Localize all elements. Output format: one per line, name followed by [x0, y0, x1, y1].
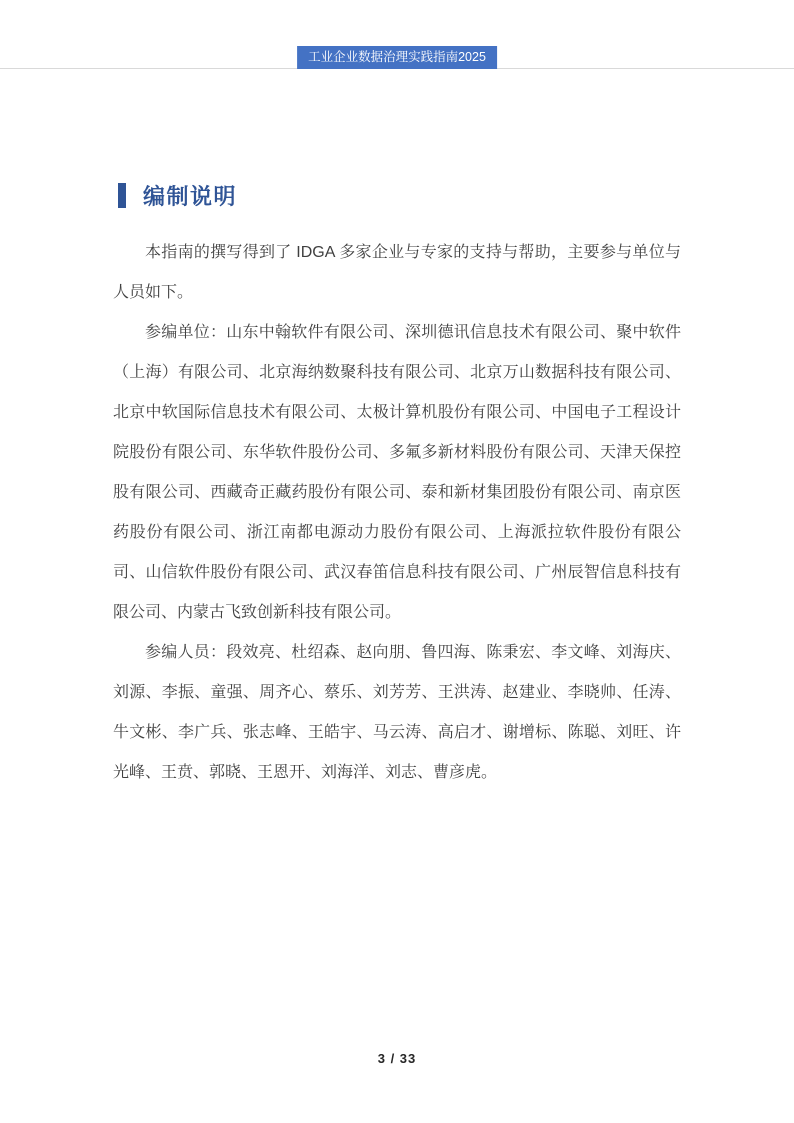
section-title: 编制说明 — [143, 180, 237, 211]
paragraph-participating-people: 参编人员：段效亮、杜绍森、赵向朋、鲁四海、陈秉宏、李文峰、刘海庆、刘源、李振、童… — [113, 633, 681, 793]
header-title-badge: 工业企业数据治理实践指南2025 — [297, 46, 497, 69]
page-number-indicator: 3 / 33 — [378, 1051, 417, 1066]
document-page: 工业企业数据治理实践指南2025 编制说明 本指南的撰写得到了 IDGA 多家企… — [0, 0, 794, 1123]
footer: 3 / 33 — [0, 1051, 794, 1066]
paragraph-intro: 本指南的撰写得到了 IDGA 多家企业与专家的支持与帮助，主要参与单位与人员如下… — [113, 233, 681, 313]
paragraph-participating-organizations: 参编单位：山东中翰软件有限公司、深圳德讯信息技术有限公司、聚中软件（上海）有限公… — [113, 313, 681, 633]
section-heading: 编制说明 — [118, 180, 237, 211]
body-text: 本指南的撰写得到了 IDGA 多家企业与专家的支持与帮助，主要参与单位与人员如下… — [113, 233, 681, 793]
heading-accent-bar — [118, 183, 126, 208]
